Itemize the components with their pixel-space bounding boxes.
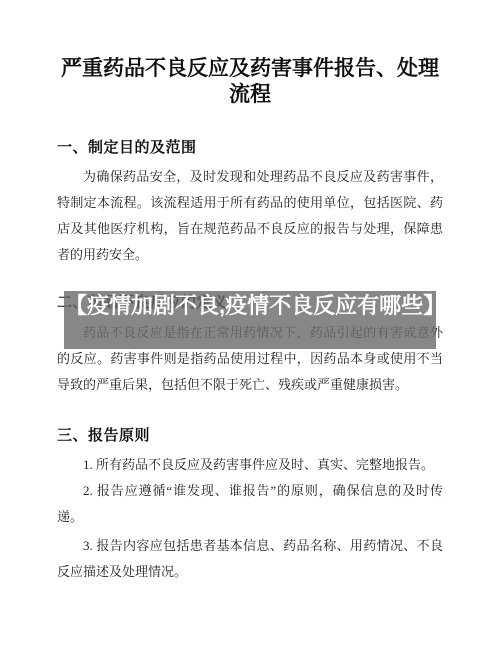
reporting-principle-item-2: 2. 报告应遵循“谁发现、谁报告”的原则，确保信息的及时传递。 bbox=[57, 478, 443, 530]
document-title: 严重药品不良反应及药害事件报告、处理流程 bbox=[57, 56, 443, 108]
document-page: 严重药品不良反应及药害事件报告、处理流程 一、制定目的及范围 为确保药品安全，及… bbox=[0, 0, 500, 647]
reporting-principle-item-1: 1. 所有药品不良反应及药害事件应及时、真实、完整地报告。 bbox=[57, 452, 443, 478]
section-3-heading: 三、报告原则 bbox=[57, 423, 443, 449]
ad-overlay-text: 【疫情加剧不良,疫情不良反应有哪些】 bbox=[65, 293, 436, 318]
section-reporting-principles: 三、报告原则 1. 所有药品不良反应及药害事件应及时、真实、完整地报告。 2. … bbox=[57, 423, 443, 585]
ad-overlay-banner[interactable]: 【疫情加剧不良,疫情不良反应有哪些】 bbox=[64, 291, 436, 349]
section-purpose-and-scope: 一、制定目的及范围 为确保药品安全，及时发现和处理药品不良反应及药害事件，特制定… bbox=[57, 135, 443, 268]
reporting-principle-item-3: 3. 报告内容应包括患者基本信息、药品名称、用药情况、不良反应描述及处理情况。 bbox=[57, 533, 443, 585]
section-1-paragraph: 为确保药品安全，及时发现和处理药品不良反应及药害事件，特制定本流程。该流程适用于… bbox=[57, 164, 443, 268]
section-1-heading: 一、制定目的及范围 bbox=[57, 135, 443, 161]
